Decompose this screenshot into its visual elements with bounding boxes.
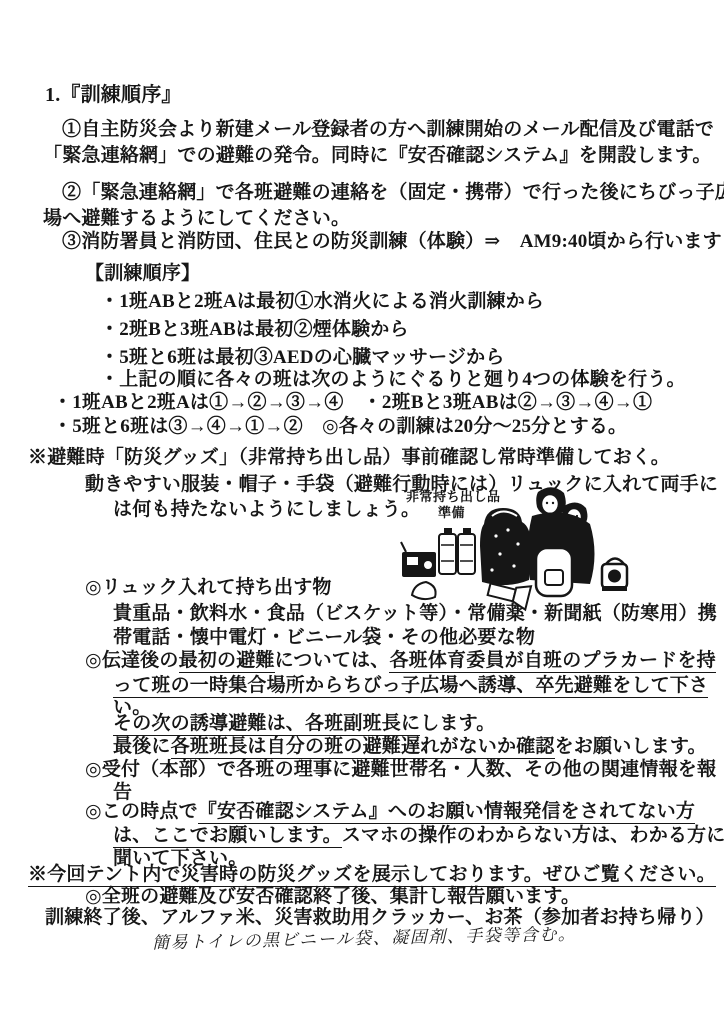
- text-line: は、ここでお願いします。スマホの操作のわからない方は、わかる方に: [113, 825, 724, 847]
- text-line: ・上記の順に各々の班は次のようにぐるりと廻り4つの体験を行う。: [100, 369, 686, 391]
- text-line: ・1班ABと2班Aは①→②→③→④ ・2班Bと3班ABは②→③→④→①: [53, 392, 652, 414]
- text-line: ※今回テント内で災害時の防災グッズを展示しております。ぜひご覧ください。: [28, 864, 716, 886]
- text-line: 帯電話・懐中電灯・ビニール袋・その他必要な物: [113, 627, 535, 649]
- text-line: ・1班ABと2班Aは最初①水消火による消火訓練から: [100, 291, 544, 313]
- emergency-supplies-illustration: [396, 484, 631, 616]
- scanned-notice-page: 1.『訓練順序』①自主防災会より新建メール登録者の方へ訓練開始のメール配信及び電…: [0, 0, 724, 1024]
- text-line: ・5班と6班は③→④→①→② ◎各々の訓練は20分～25分とする。: [53, 416, 627, 438]
- text-line: ①自主防災会より新建メール登録者の方へ訓練開始のメール配信及び電話で: [62, 119, 714, 141]
- text-line: 訓練終了後、アルファ米、災害救助用クラッカー、お茶（参加者お持ち帰り）: [45, 907, 715, 929]
- section-title: 1.『訓練順序』: [45, 84, 182, 108]
- supplies-and-people-sketch-icon: [396, 484, 631, 616]
- text-line: ②「緊急連絡網」で各班避難の連絡を（固定・携帯）で行った後にちびっ子広: [62, 182, 724, 204]
- text-line: ③消防署員と消防団、住民との防災訓練（体験）⇒ AM9:40頃から行います: [62, 231, 722, 253]
- text-line: って班の一時集合場所からちびっ子広場へ誘導、卒先避難をして下さ: [113, 675, 708, 697]
- text-line: 【訓練順序】: [85, 263, 200, 285]
- text-line: ※避難時「防災グッズ」（非常持ち出し品）事前確認し常時準備しておく。: [28, 447, 670, 469]
- text-line: ◎リュック入れて持ち出す物: [85, 577, 332, 599]
- text-line: ・5班と6班は最初③AEDの心臓マッサージから: [100, 347, 505, 369]
- text-line: ◎この時点で『安否確認システム』へのお願い情報発信をされてない方: [85, 801, 695, 823]
- text-line: ◎全班の避難及び安否確認終了後、集計し報告願います。: [85, 886, 580, 908]
- text-line: 最後に各班班長は自分の班の避難遅れがないか確認をお願いします。: [113, 736, 707, 758]
- text-line: その次の誘導避難は、各班副班長にします。: [113, 713, 495, 735]
- text-line: 場へ避難するようにしてください。: [43, 208, 350, 230]
- text-line: ◎受付（本部）で各班の理事に避難世帯名・人数、その他の関連情報を報: [85, 759, 716, 781]
- text-line: 「緊急連絡網」での避難の発令。同時に『安否確認システム』を開設します。: [43, 145, 712, 167]
- text-line: ・2班Bと3班ABは最初②煙体験から: [100, 319, 409, 341]
- text-line: は何も持たないようにしましょう。: [113, 499, 420, 521]
- text-line: ◎伝達後の最初の避難については、各班体育委員が自班のプラカードを持: [85, 650, 716, 672]
